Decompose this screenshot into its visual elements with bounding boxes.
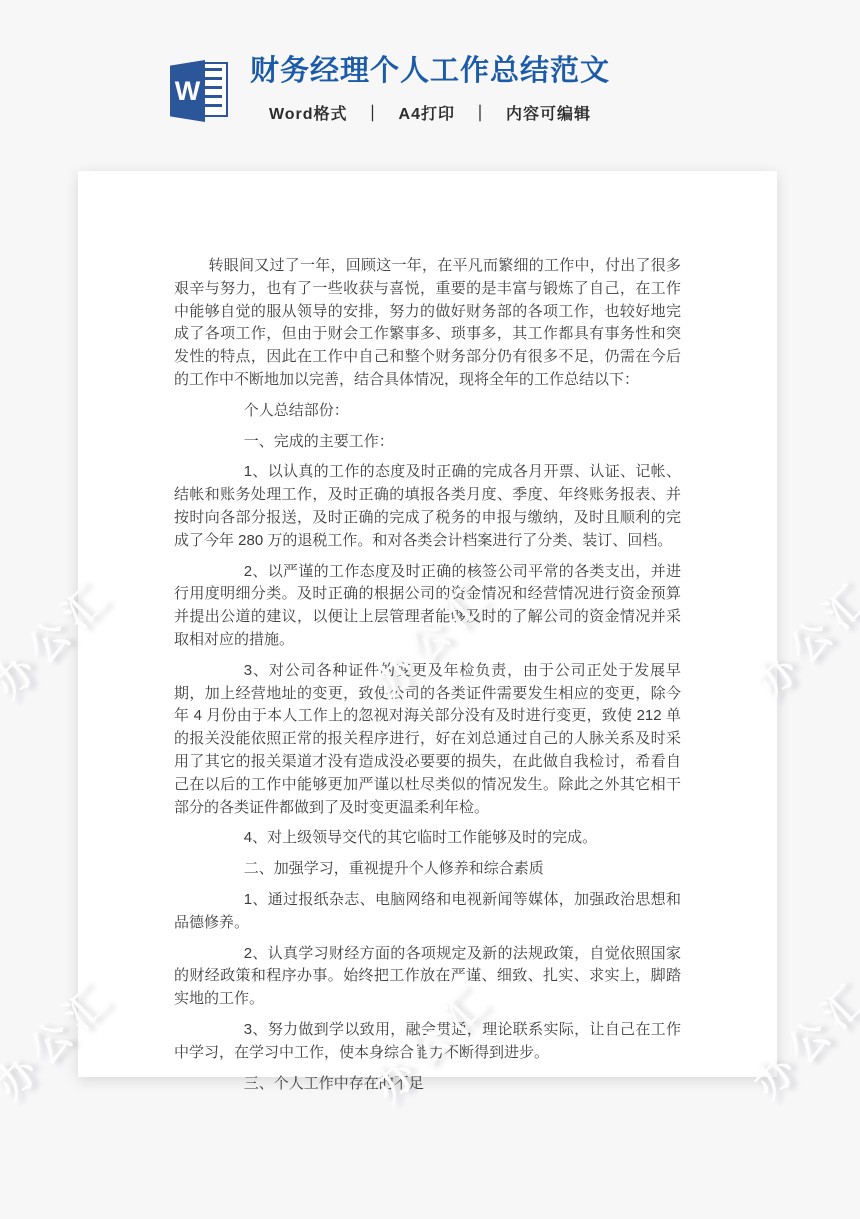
doc-paragraph: 1、以认真的工作的态度及时正确的完成各月开票、认证、记帐、结帐和账务处理工作，及… [174,461,681,552]
doc-section-heading: 二、加强学习，重视提升个人修养和综合素质 [174,858,681,881]
page-title: 财务经理个人工作总结范文 [0,54,860,88]
doc-section-heading: 三、个人工作中存在的不足 [174,1073,681,1096]
doc-paragraph: 4、对上级领导交代的其它临时工作能够及时的完成。 [174,827,681,850]
document-preview-page: 转眼间又过了一年，回顾这一年，在平凡而繁细的工作中，付出了很多艰辛与努力，也有了… [78,171,777,1077]
word-file-icon: W [170,60,230,122]
word-icon-w-letter: W [170,60,205,122]
page-subtitle: Word格式 ｜ A4打印 ｜ 内容可编辑 [0,101,860,124]
doc-paragraph: 2、以严谨的工作态度及时正确的核签公司平常的各类支出，并进行用度明细分类。及时正… [174,561,681,652]
doc-paragraph: 个人总结部份： [174,400,681,423]
page-header: W 财务经理个人工作总结范文 Word格式 ｜ A4打印 ｜ 内容可编辑 [0,54,860,124]
doc-paragraph: 3、对公司各种证件的变更及年检负责，由于公司正处于发展早期，加上经营地址的变更，… [174,660,681,820]
doc-paragraph: 1、通过报纸杂志、电脑网络和电视新闻等媒体，加强政治思想和品德修养。 [174,889,681,935]
doc-paragraph: 2、认真学习财经方面的各项规定及新的法规政策，自觉依照国家的财经政策和程序办事。… [174,943,681,1011]
doc-section-heading: 一、完成的主要工作： [174,431,681,454]
doc-paragraph: 3、努力做到学以致用，融会贯通，理论联系实际，让自己在工作中学习，在学习中工作，… [174,1019,681,1065]
doc-paragraph: 转眼间又过了一年，回顾这一年，在平凡而繁细的工作中，付出了很多艰辛与努力，也有了… [174,255,681,392]
